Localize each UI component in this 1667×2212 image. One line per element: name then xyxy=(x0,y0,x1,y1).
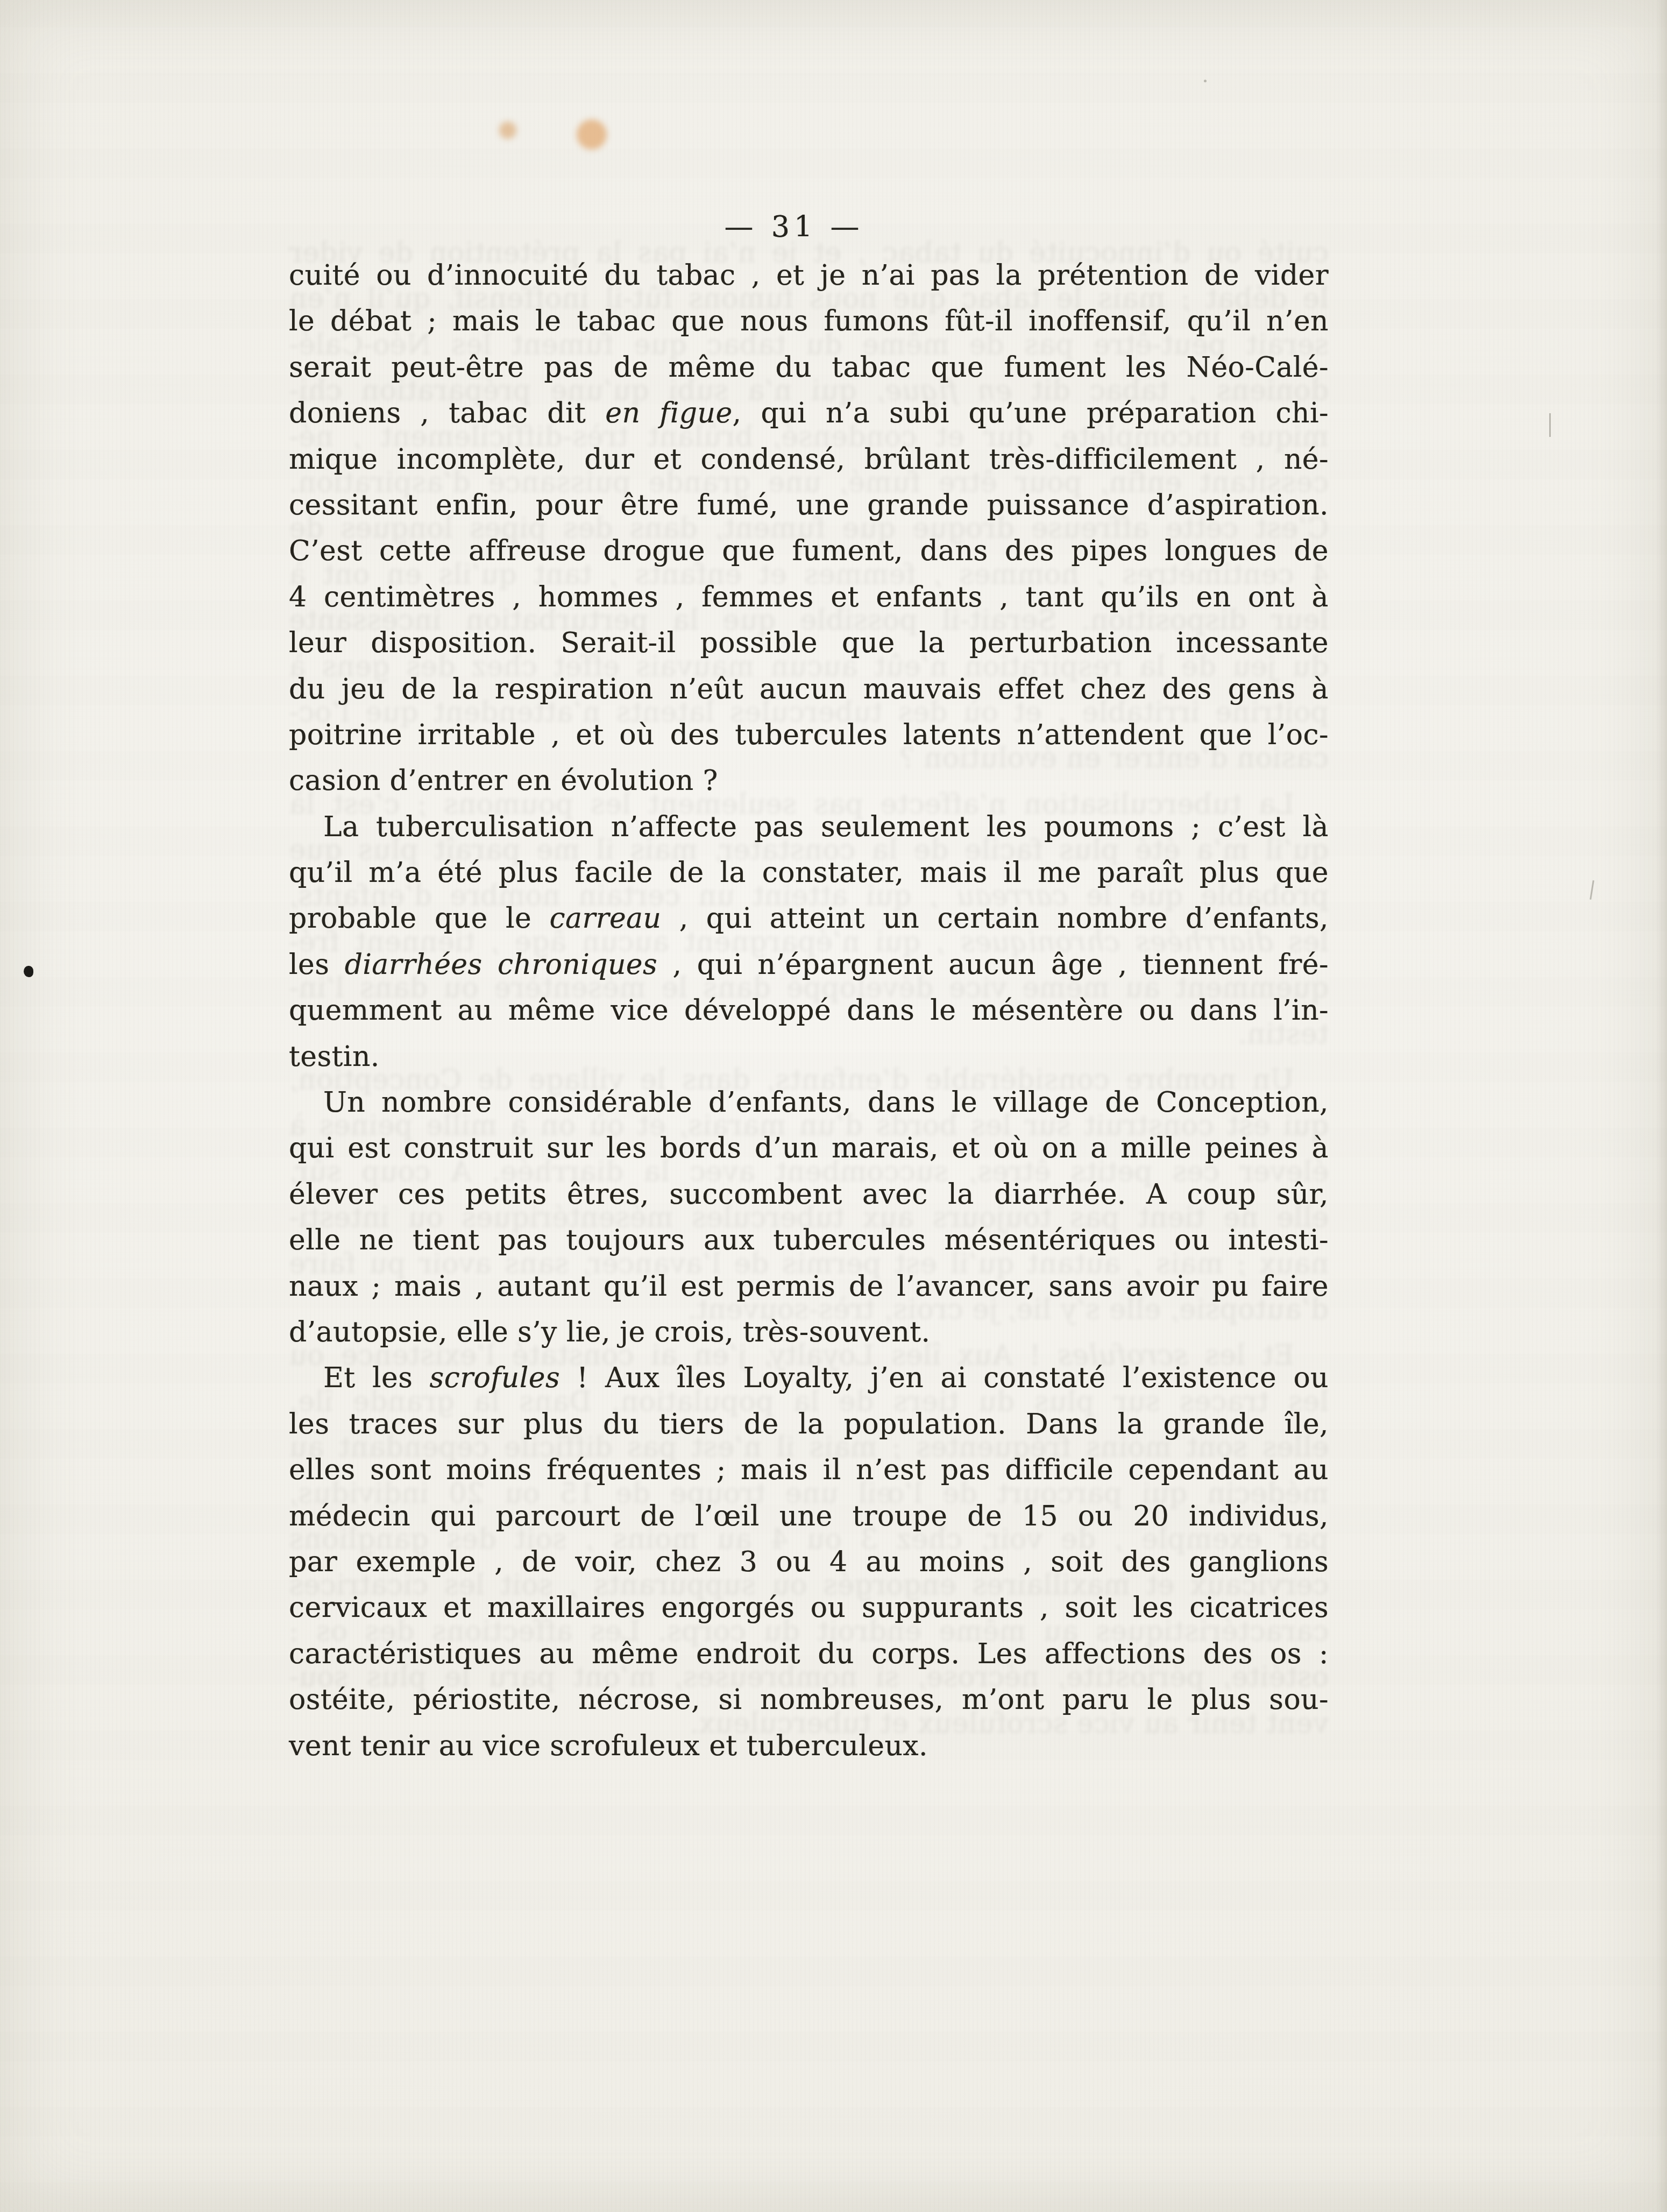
paragraph: Un nombre considérable d’enfants, dans l… xyxy=(289,1080,1329,1355)
text-segment: élever ces petits êtres, succombent avec… xyxy=(289,1178,1329,1211)
italic-phrase: carreau xyxy=(549,902,661,935)
paragraph: La tuberculisation n’affecte pas seuleme… xyxy=(289,804,1329,1080)
text-segment: vent tenir au vice scrofuleux et tubercu… xyxy=(289,1730,928,1762)
text-line: probable que le carreau , qui atteint un… xyxy=(289,896,1329,942)
text-line: naux ; mais , autant qu’il est permis de… xyxy=(289,1264,1329,1310)
text-segment: qu’il m’a été plus facile de la constate… xyxy=(289,857,1329,889)
italic-phrase: diarrhées chroniques xyxy=(345,949,657,981)
text-segment: C’est cette affreuse drogue que fument, … xyxy=(289,535,1329,567)
text-line: testin. xyxy=(289,1034,1329,1080)
text-segment: mique incomplète, dur et condensé, brûla… xyxy=(289,443,1329,476)
text-line: élever ces petits êtres, succombent avec… xyxy=(289,1172,1329,1218)
text-segment: , qui n’épargnent aucun âge , tiennent f… xyxy=(657,949,1329,981)
text-line: mique incomplète, dur et condensé, brûla… xyxy=(289,437,1329,483)
scan-speck xyxy=(1590,880,1594,900)
text-segment: d’autopsie, elle s’y lie, je crois, très… xyxy=(289,1316,931,1348)
text-line: cervicaux et maxillaires engorgés ou sup… xyxy=(289,1585,1329,1631)
text-line: médecin qui parcourt de l’œil une troupe… xyxy=(289,1494,1329,1539)
foxing-spot-small xyxy=(499,122,516,139)
text-segment: testin. xyxy=(289,1041,380,1073)
text-segment: poitrine irritable , et où des tubercule… xyxy=(289,719,1329,751)
text-segment: La tuberculisation n’affecte pas seuleme… xyxy=(323,811,1329,843)
text-segment: Et les xyxy=(323,1362,430,1394)
text-segment: doniens , tabac dit xyxy=(289,397,605,429)
text-line: doniens , tabac dit en figue, qui n’a su… xyxy=(289,391,1329,436)
text-line: cessitant enfin, pour être fumé, une gra… xyxy=(289,483,1329,528)
text-line: 4 centimètres , hommes , femmes et enfan… xyxy=(289,575,1329,620)
text-line: leur disposition. Serait-il possible que… xyxy=(289,620,1329,666)
text-line: C’est cette affreuse drogue que fument, … xyxy=(289,528,1329,574)
text-line: par exemple , de voir, chez 3 ou 4 au mo… xyxy=(289,1539,1329,1585)
text-line: elle ne tient pas toujours aux tubercule… xyxy=(289,1218,1329,1263)
text-line: serait peut-être pas de même du tabac qu… xyxy=(289,345,1329,391)
text-segment: , qui atteint un certain nombre d’enfant… xyxy=(661,902,1329,935)
text-segment: , qui n’a subi qu’une préparation chi- xyxy=(733,397,1329,429)
scan-speck xyxy=(1549,413,1551,437)
paragraph: Et les scrofules ! Aux îles Loyalty, j’e… xyxy=(289,1355,1329,1769)
text-line: Un nombre considérable d’enfants, dans l… xyxy=(289,1080,1329,1126)
text-segment: leur disposition. Serait-il possible que… xyxy=(289,627,1329,659)
text-segment: quemment au même vice développé dans le … xyxy=(289,994,1329,1027)
text-line: les diarrhées chroniques , qui n’épargne… xyxy=(289,942,1329,988)
text-segment: ostéite, périostite, nécrose, si nombreu… xyxy=(289,1684,1329,1716)
text-line: quemment au même vice développé dans le … xyxy=(289,988,1329,1034)
text-line: qu’il m’a été plus facile de la constate… xyxy=(289,850,1329,896)
scan-speck xyxy=(1204,80,1207,82)
italic-phrase: scrofules xyxy=(430,1362,560,1394)
text-line: vent tenir au vice scrofuleux et tubercu… xyxy=(289,1723,1329,1769)
text-line: poitrine irritable , et où des tubercule… xyxy=(289,712,1329,758)
text-segment: elles sont moins fréquentes ; mais il n’… xyxy=(289,1454,1329,1486)
text-line: du jeu de la respiration n’eût aucun mau… xyxy=(289,667,1329,712)
text-segment: par exemple , de voir, chez 3 ou 4 au mo… xyxy=(289,1546,1329,1578)
paragraph: cuité ou d’innocuité du tabac , et je n’… xyxy=(289,253,1329,804)
text-segment: du jeu de la respiration n’eût aucun mau… xyxy=(289,673,1329,705)
text-segment: Un nombre considérable d’enfants, dans l… xyxy=(323,1086,1329,1119)
text-segment: médecin qui parcourt de l’œil une troupe… xyxy=(289,1500,1329,1532)
text-line: ostéite, périostite, nécrose, si nombreu… xyxy=(289,1677,1329,1723)
text-segment: qui est construit sur les bords d’un mar… xyxy=(289,1132,1329,1164)
scanned-book-page: — 31 — cuité ou d’innocuité du tabac , e… xyxy=(0,0,1667,2212)
text-segment: le débat ; mais le tabac que nous fumons… xyxy=(289,305,1329,337)
text-line: le débat ; mais le tabac que nous fumons… xyxy=(289,299,1329,344)
ink-dot xyxy=(24,966,33,977)
text-segment: les traces sur plus du tiers de la popul… xyxy=(289,1408,1329,1440)
text-line: cuité ou d’innocuité du tabac , et je n’… xyxy=(289,253,1329,299)
text-line: les traces sur plus du tiers de la popul… xyxy=(289,1402,1329,1447)
text-segment: caractéristiques au même endroit du corp… xyxy=(289,1638,1329,1670)
text-line: caractéristiques au même endroit du corp… xyxy=(289,1631,1329,1677)
italic-phrase: en figue xyxy=(605,397,732,429)
text-line: elles sont moins fréquentes ; mais il n’… xyxy=(289,1447,1329,1493)
text-line: casion d’entrer en évolution ? xyxy=(289,758,1329,804)
text-block: cuité ou d’innocuité du tabac , et je n’… xyxy=(289,253,1329,1769)
text-segment: cuité ou d’innocuité du tabac , et je n’… xyxy=(289,259,1329,292)
text-segment: serait peut-être pas de même du tabac qu… xyxy=(289,351,1329,384)
text-line: Et les scrofules ! Aux îles Loyalty, j’e… xyxy=(289,1355,1329,1401)
text-segment: ! Aux îles Loyalty, j’en ai constaté l’e… xyxy=(560,1362,1329,1394)
foxing-spot-large xyxy=(577,119,607,150)
text-segment: elle ne tient pas toujours aux tubercule… xyxy=(289,1224,1329,1256)
text-segment: casion d’entrer en évolution ? xyxy=(289,765,718,797)
text-segment: probable que le xyxy=(289,902,549,935)
text-line: La tuberculisation n’affecte pas seuleme… xyxy=(289,804,1329,850)
text-segment: 4 centimètres , hommes , femmes et enfan… xyxy=(289,581,1329,613)
text-segment: cervicaux et maxillaires engorgés ou sup… xyxy=(289,1592,1329,1624)
text-line: d’autopsie, elle s’y lie, je crois, très… xyxy=(289,1310,1329,1355)
text-line: qui est construit sur les bords d’un mar… xyxy=(289,1126,1329,1171)
text-segment: cessitant enfin, pour être fumé, une gra… xyxy=(289,489,1329,521)
text-segment: naux ; mais , autant qu’il est permis de… xyxy=(289,1270,1329,1303)
text-segment: les xyxy=(289,949,345,981)
